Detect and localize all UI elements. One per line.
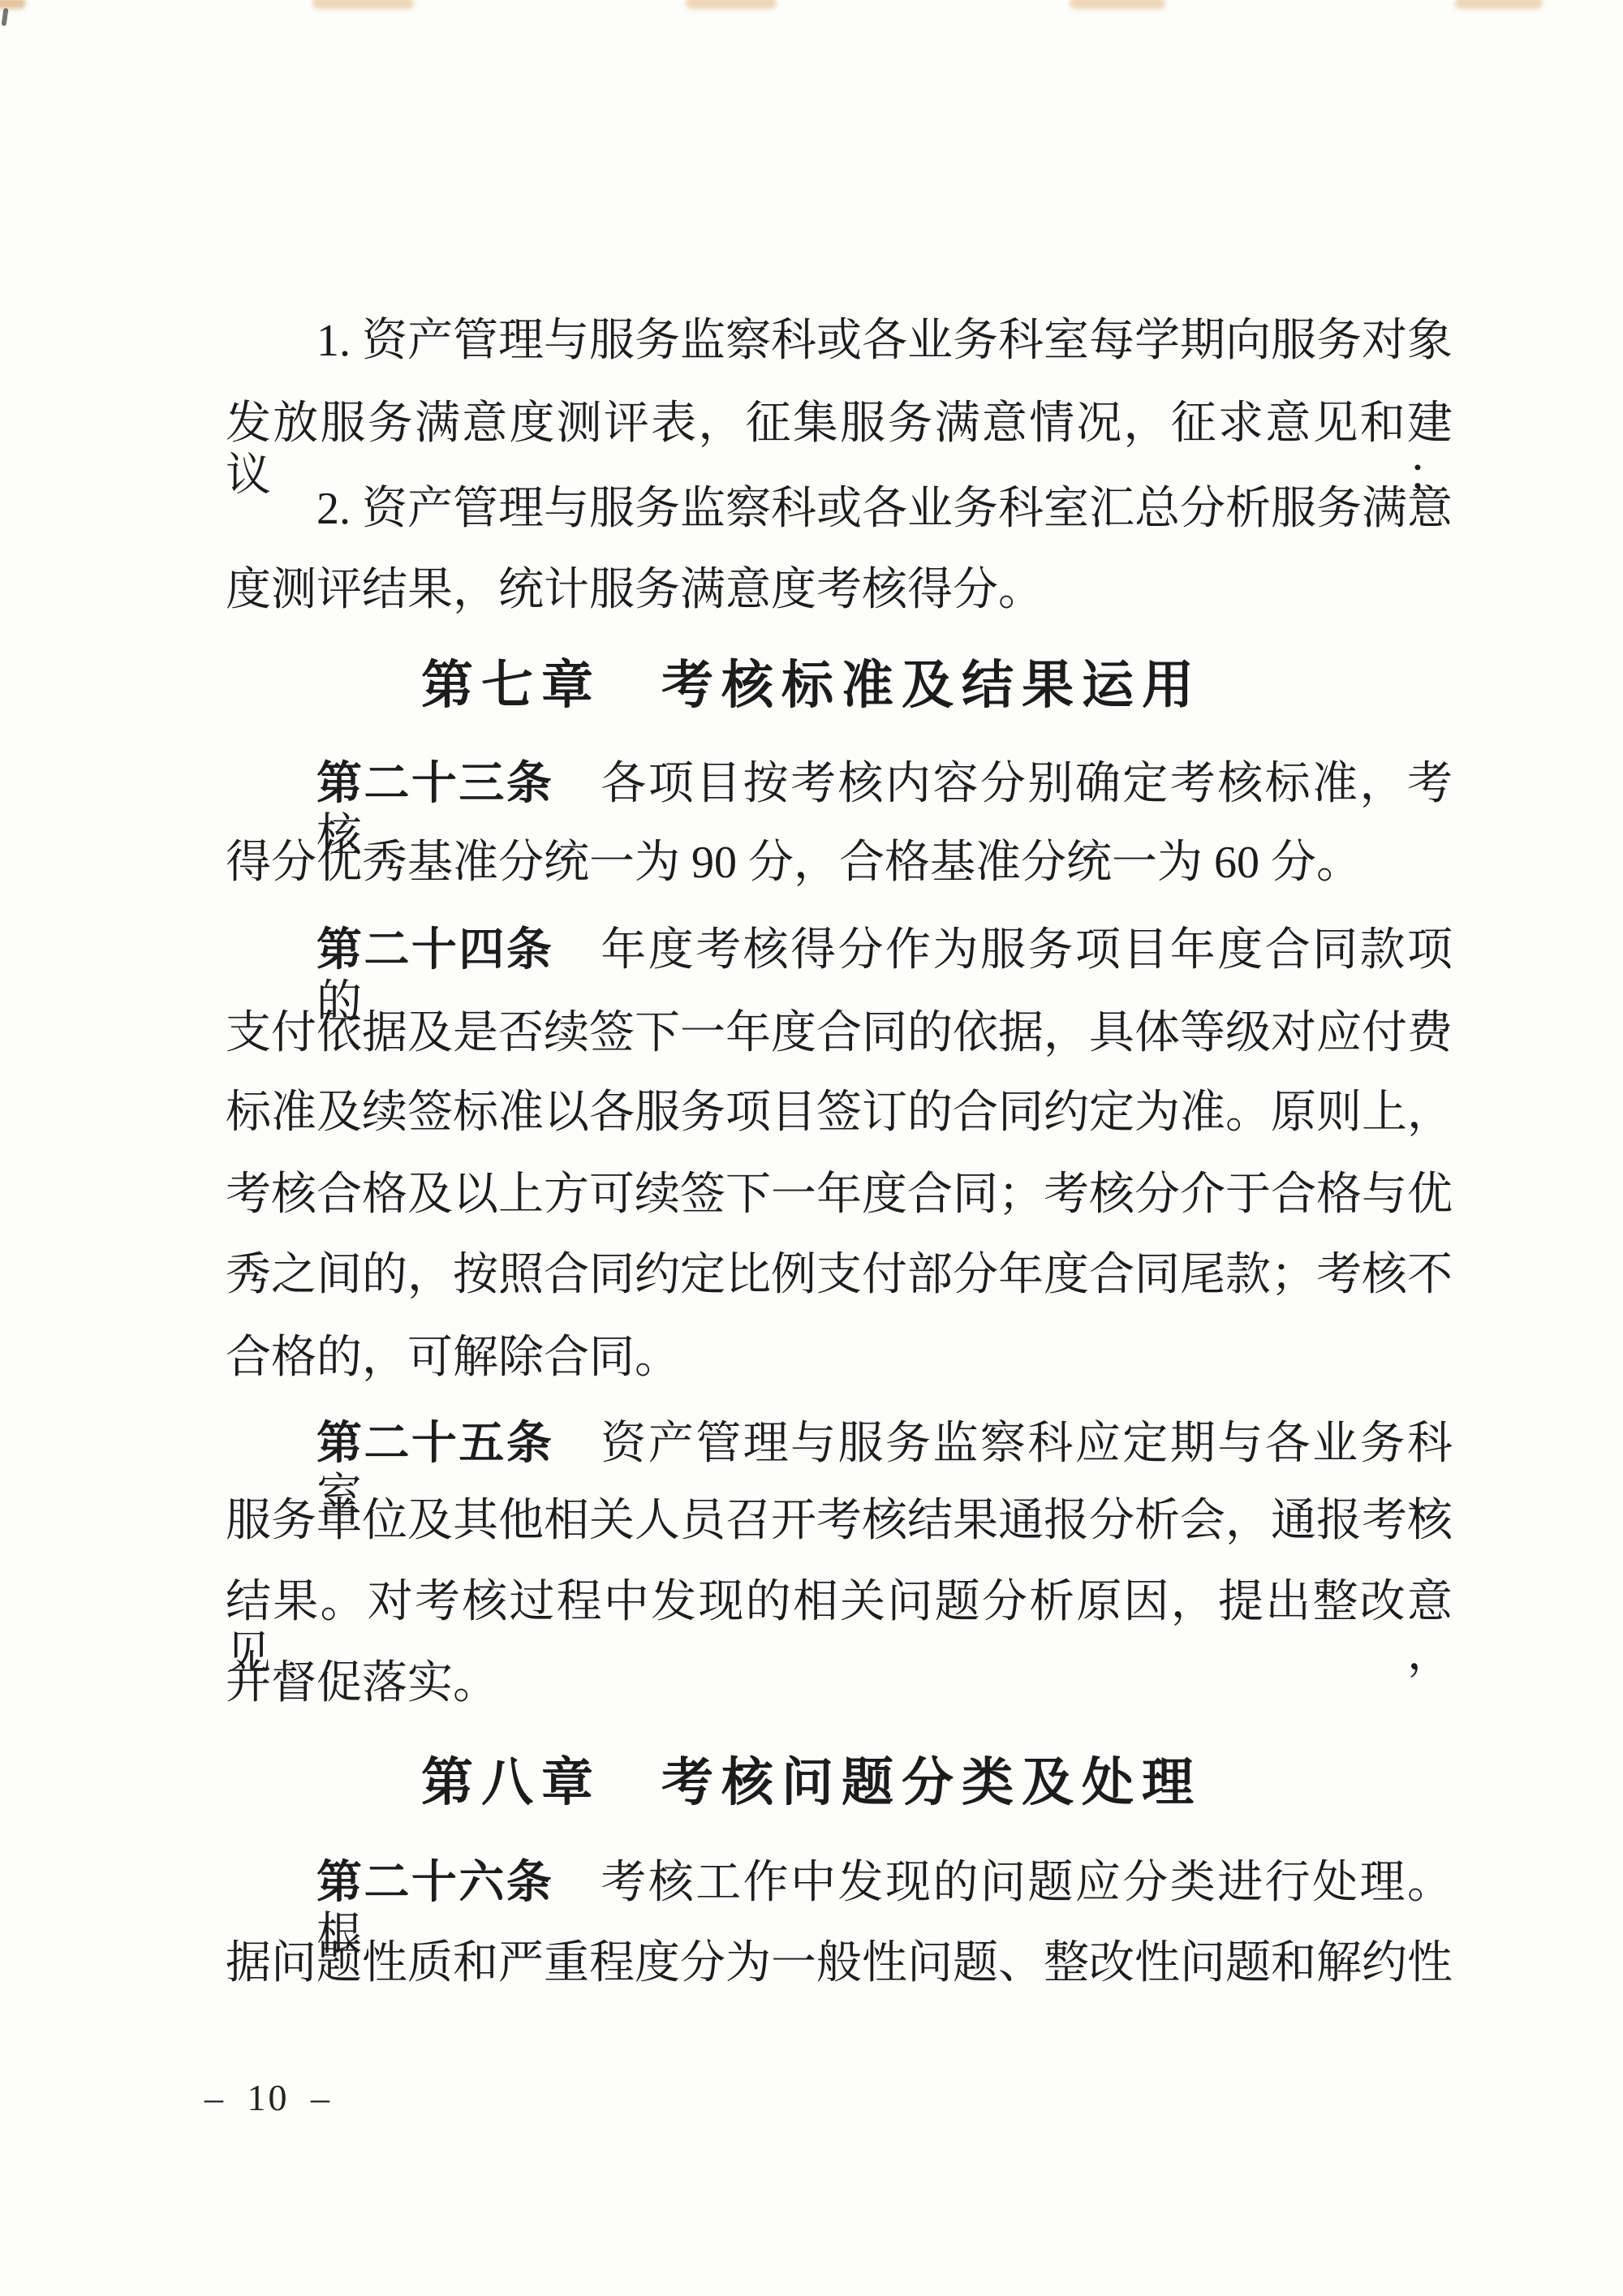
- list-item-2-line-1: 2. 资产管理与服务监察科或各业务科室汇总分析服务满意: [226, 483, 1453, 535]
- scan-smudge: [686, 0, 777, 9]
- chapter-7-heading: 第七章 考核标准及结果运用: [0, 656, 1623, 716]
- article-24-line-2: 支付依据及是否续签下一年度合同的依据，具体等级对应付费: [226, 1007, 1453, 1059]
- list-item-2-line-2: 度测评结果，统计服务满意度考核得分。: [226, 564, 1453, 616]
- article-26-number: 第二十六条: [316, 1856, 553, 1907]
- article-24-number: 第二十四条: [316, 924, 553, 975]
- scan-smudge: [1455, 0, 1543, 9]
- article-24-line-5: 秀之间的，按照合同约定比例支付部分年度合同尾款；考核不: [226, 1249, 1453, 1301]
- article-25-number: 第二十五条: [316, 1417, 553, 1468]
- scan-smudge: [312, 0, 414, 9]
- scanned-document-page: 1. 资产管理与服务监察科或各业务科室每学期向服务对象 发放服务满意度测评表，征…: [0, 0, 1623, 2296]
- article-24-line-3: 标准及续签标准以各服务项目签订的合同约定为准。原则上，: [226, 1087, 1453, 1139]
- article-23-line-2: 得分优秀基准分统一为 90 分，合格基准分统一为 60 分。: [226, 837, 1453, 889]
- article-24-line-6: 合格的，可解除合同。: [226, 1332, 1453, 1384]
- page-number: – 10 –: [204, 2076, 332, 2119]
- scan-smudge: [1070, 0, 1165, 9]
- article-25-line-4: 并督促落实。: [226, 1657, 1453, 1709]
- article-26-line-2: 据问题性质和严重程度分为一般性问题、整改性问题和解约性: [226, 1937, 1453, 1989]
- article-25-line-2: 服务单位及其他相关人员召开考核结果通报分析会，通报考核: [226, 1495, 1453, 1547]
- scan-fleck: [1, 8, 8, 27]
- article-23-number: 第二十三条: [316, 757, 553, 808]
- list-item-1-line-1: 1. 资产管理与服务监察科或各业务科室每学期向服务对象: [226, 315, 1453, 367]
- chapter-8-heading: 第八章 考核问题分类及处理: [0, 1753, 1623, 1813]
- article-24-line-4: 考核合格及以上方可续签下一年度合同；考核分介于合格与优: [226, 1169, 1453, 1221]
